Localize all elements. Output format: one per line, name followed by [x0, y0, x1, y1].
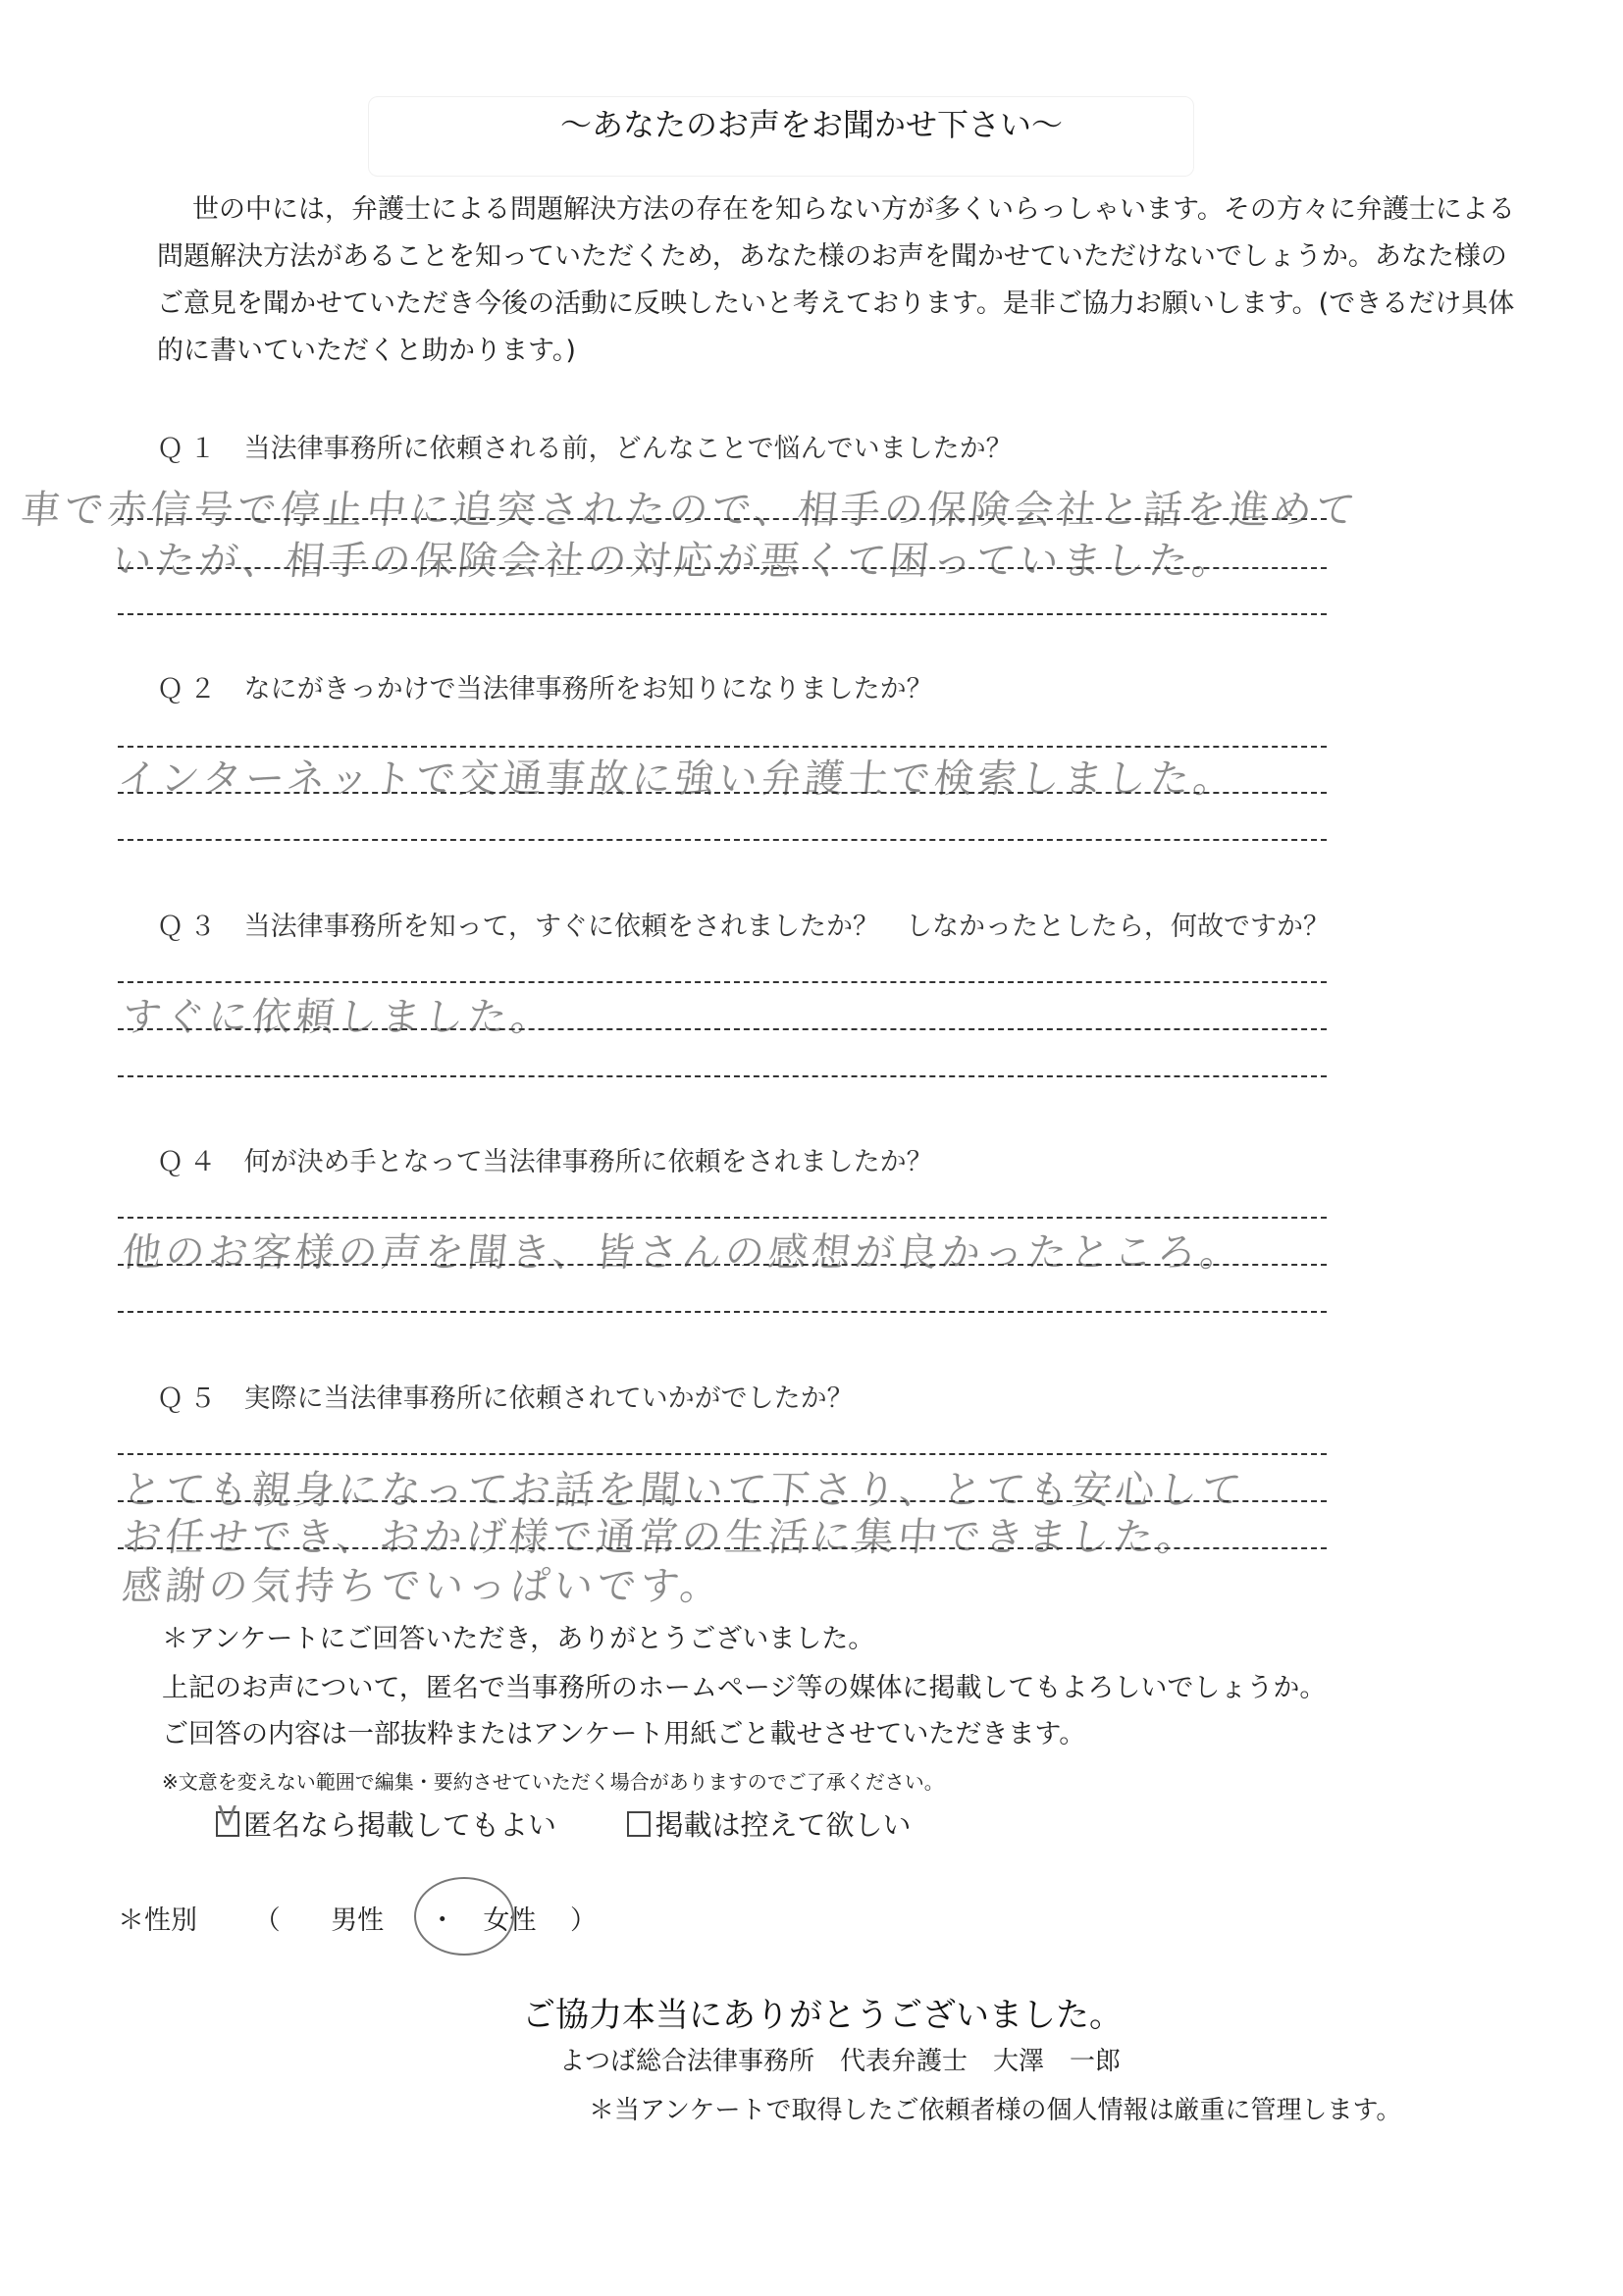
survey-thanks: ＊アンケートにご回答いただき，ありがとうございました。 [162, 1617, 874, 1655]
question-5: Ｑ５ 実際に当法律事務所に依頼されていかがでしたか？ [157, 1377, 854, 1415]
answer-line: 感謝の気持ちでいっぱいです。 [120, 1555, 726, 1611]
paren-close: ） [570, 1899, 597, 1937]
firm-signature: よつば総合法律事務所 代表弁護士 大澤 一郎 [559, 2041, 1121, 2077]
edit-notice: ※文意を変えない範囲で編集・要約させていただく場合がありますのでご了承ください。 [162, 1766, 944, 1795]
answer-line: いたが、相手の保険会社の対応が悪くて困っていました。 [110, 530, 1238, 586]
question-4: Ｑ４ 何が決め手となって当法律事務所に依頼をされましたか？ [157, 1140, 933, 1178]
check-mark-icon: V [218, 1800, 236, 1832]
intro-text: 世の中には，弁護士による問題解決方法の存在を知らない方が多くいらっしゃいます。そ… [157, 186, 1521, 375]
question-number: Ｑ４ [157, 1140, 236, 1178]
question-text: 実際に当法律事務所に依頼されていかがでしたか？ [244, 1383, 854, 1414]
decline-checkbox[interactable] [627, 1811, 651, 1837]
question-number: Ｑ１ [157, 427, 236, 465]
question-text: なにがきっかけで当法律事務所をお知りになりましたか？ [244, 674, 933, 704]
answer-rule [118, 1075, 1327, 1077]
answer-line: 他のお客様の声を聞き、皆さんの感想が良かったところ。 [120, 1222, 1246, 1278]
question-text: 何が決め手となって当法律事務所に依頼をされましたか？ [244, 1147, 933, 1177]
answer-rule [118, 792, 1327, 794]
selection-circle-icon [414, 1877, 514, 1956]
answer-rule [118, 839, 1327, 841]
question-2: Ｑ２ なにがきっかけで当法律事務所をお知りになりましたか？ [157, 667, 933, 705]
answer-rule [118, 1217, 1327, 1219]
gender-field: ＊性別 （ 男性 ・ 女性 ） [118, 1899, 597, 1937]
answer-rule [118, 1453, 1327, 1455]
answer-rule [118, 518, 1327, 520]
paren-open: （ [254, 1899, 323, 1937]
consent-anonymous-option[interactable]: V 匿名なら掲載してもよい [216, 1808, 565, 1842]
answer-line: 車で赤信号で停止中に追突されたので、相手の保険会社と話を進めて [19, 479, 1362, 535]
anonymous-label: 匿名なら掲載してもよい [243, 1808, 556, 1842]
answer-rule [118, 1028, 1327, 1030]
answer-rule [118, 1547, 1327, 1549]
answer-line: お任せでき、おかげ様で通常の生活に集中できました。 [120, 1506, 1203, 1562]
gender-label: ＊性別 [118, 1899, 245, 1937]
question-number: Ｑ３ [157, 905, 236, 943]
answer-line: インターネットで交通事故に強い弁護士で検索しました。 [115, 748, 1239, 804]
question-text: 当法律事務所を知って，すぐに依頼をされましたか？ しなかったとしたら，何故ですか… [244, 912, 1330, 942]
anonymous-checkbox[interactable]: V [216, 1811, 239, 1837]
answer-line: すぐに依頼しました。 [120, 986, 557, 1042]
question-text: 当法律事務所に依頼される前，どんなことで悩んでいましたか？ [244, 434, 1013, 464]
question-number: Ｑ２ [157, 667, 236, 705]
closing-thanks: ご協力本当にありがとうございました。 [522, 1988, 1123, 2036]
answer-rule [118, 613, 1327, 615]
publish-scope: ご回答の内容は一部抜粋またはアンケート用紙ごと載せさせていただきます。 [162, 1712, 1085, 1750]
decline-label: 掲載は控えて欲しい [654, 1808, 911, 1842]
publish-question: 上記のお声について，匿名で当事務所のホームページ等の媒体に掲載してもよろしいでし… [162, 1666, 1326, 1704]
page-title: ～あなたのお声をお聞かせ下さい～ [0, 100, 1623, 145]
gender-option-male[interactable]: 男性 [331, 1899, 409, 1937]
answer-rule [118, 1311, 1327, 1313]
consent-options: V 匿名なら掲載してもよい 掲載は控えて欲しい [216, 1803, 911, 1844]
intro-paragraph: 世の中には，弁護士による問題解決方法の存在を知らない方が多くいらっしゃいます。そ… [157, 186, 1521, 375]
answer-rule [118, 567, 1327, 569]
answer-rule [118, 1264, 1327, 1266]
privacy-notice: ＊当アンケートで取得したご依頼者様の個人情報は厳重に管理します。 [589, 2090, 1401, 2126]
consent-decline-option[interactable]: 掲載は控えて欲しい [627, 1808, 911, 1842]
question-number: Ｑ５ [157, 1377, 236, 1415]
answer-rule [118, 981, 1327, 983]
question-1: Ｑ１ 当法律事務所に依頼される前，どんなことで悩んでいましたか？ [157, 427, 1013, 465]
answer-rule [118, 1500, 1327, 1502]
question-3: Ｑ３ 当法律事務所を知って，すぐに依頼をされましたか？ しなかったとしたら，何故… [157, 905, 1330, 943]
